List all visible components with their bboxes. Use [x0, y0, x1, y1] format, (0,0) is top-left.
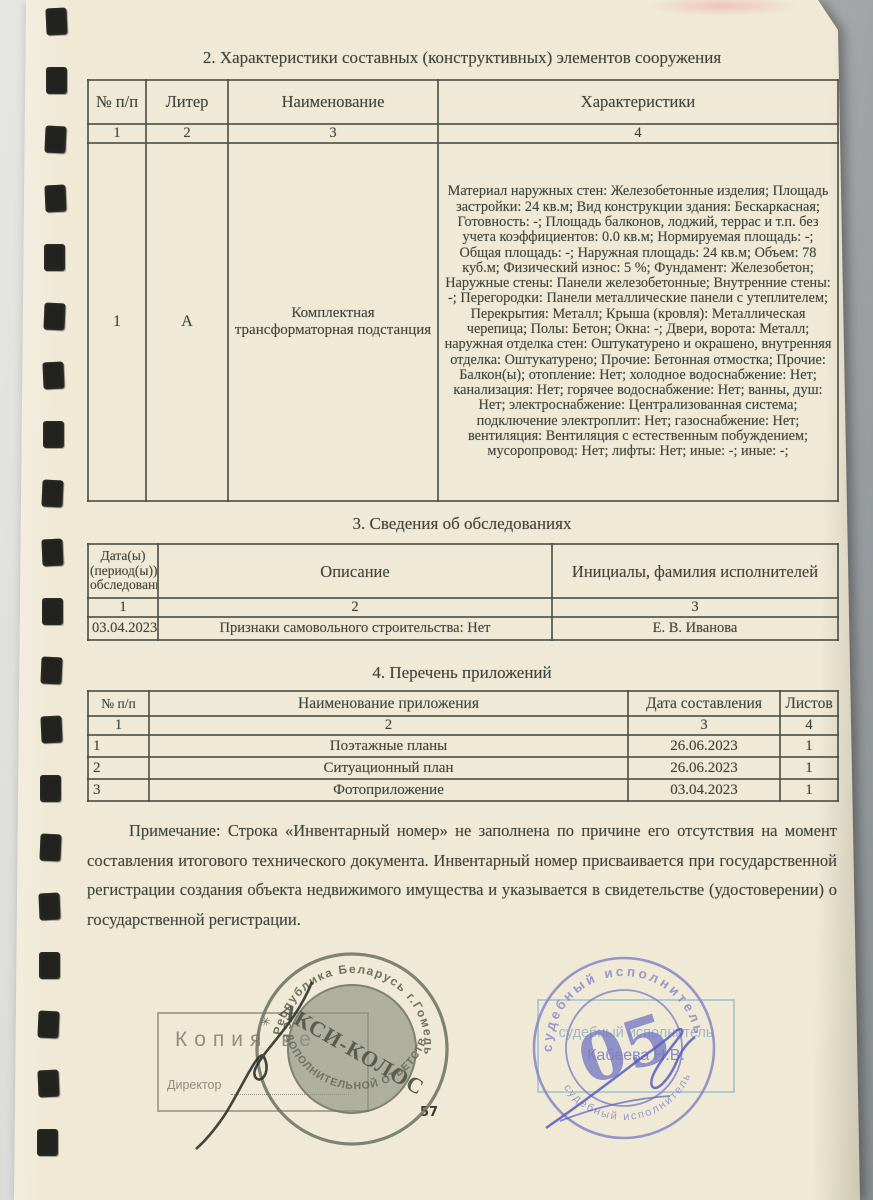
director-signature: [196, 982, 312, 1149]
signatures-layer: [0, 0, 873, 1200]
bailiff-signature-flourish: [560, 1096, 670, 1121]
bailiff-signature: [546, 1029, 695, 1128]
scanned-document: 2. Характеристики составных (конструктив…: [0, 0, 873, 1200]
document-page: 2. Характеристики составных (конструктив…: [0, 0, 873, 1200]
paper-wrap: 2. Характеристики составных (конструктив…: [0, 0, 873, 1200]
